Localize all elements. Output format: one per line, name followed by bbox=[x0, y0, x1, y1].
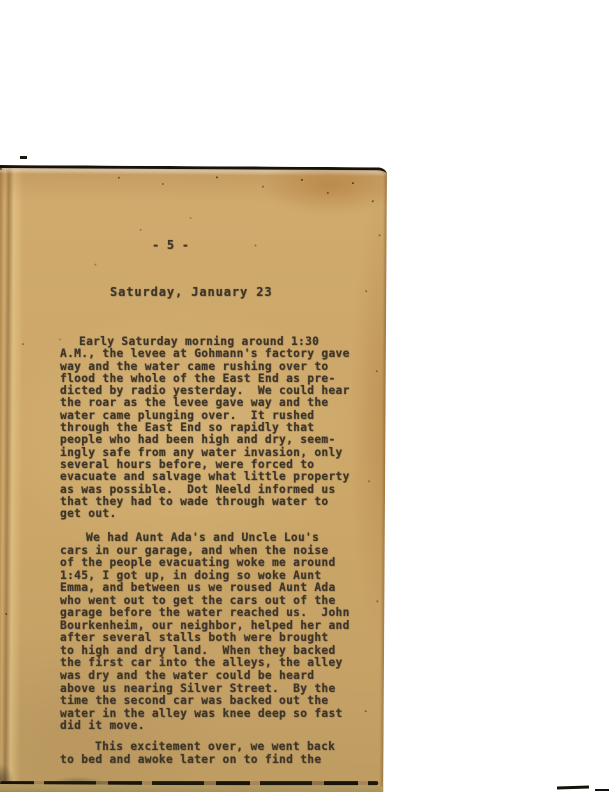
paragraph-levee-break: Early Saturday morning around 1:30 A.M.,… bbox=[60, 336, 370, 520]
paragraph-back-to-bed: This excitement over, we went back to be… bbox=[60, 741, 370, 766]
paragraph-cars-garage: We had Aunt Ada's and Uncle Lou's cars i… bbox=[60, 532, 370, 733]
scanned-page-background: - 5 - Saturday, January 23 Early Saturda… bbox=[0, 0, 612, 792]
date-heading: Saturday, January 23 bbox=[110, 285, 273, 299]
typewritten-content: - 5 - Saturday, January 23 Early Saturda… bbox=[0, 0, 612, 792]
page-number: - 5 - bbox=[152, 238, 189, 252]
